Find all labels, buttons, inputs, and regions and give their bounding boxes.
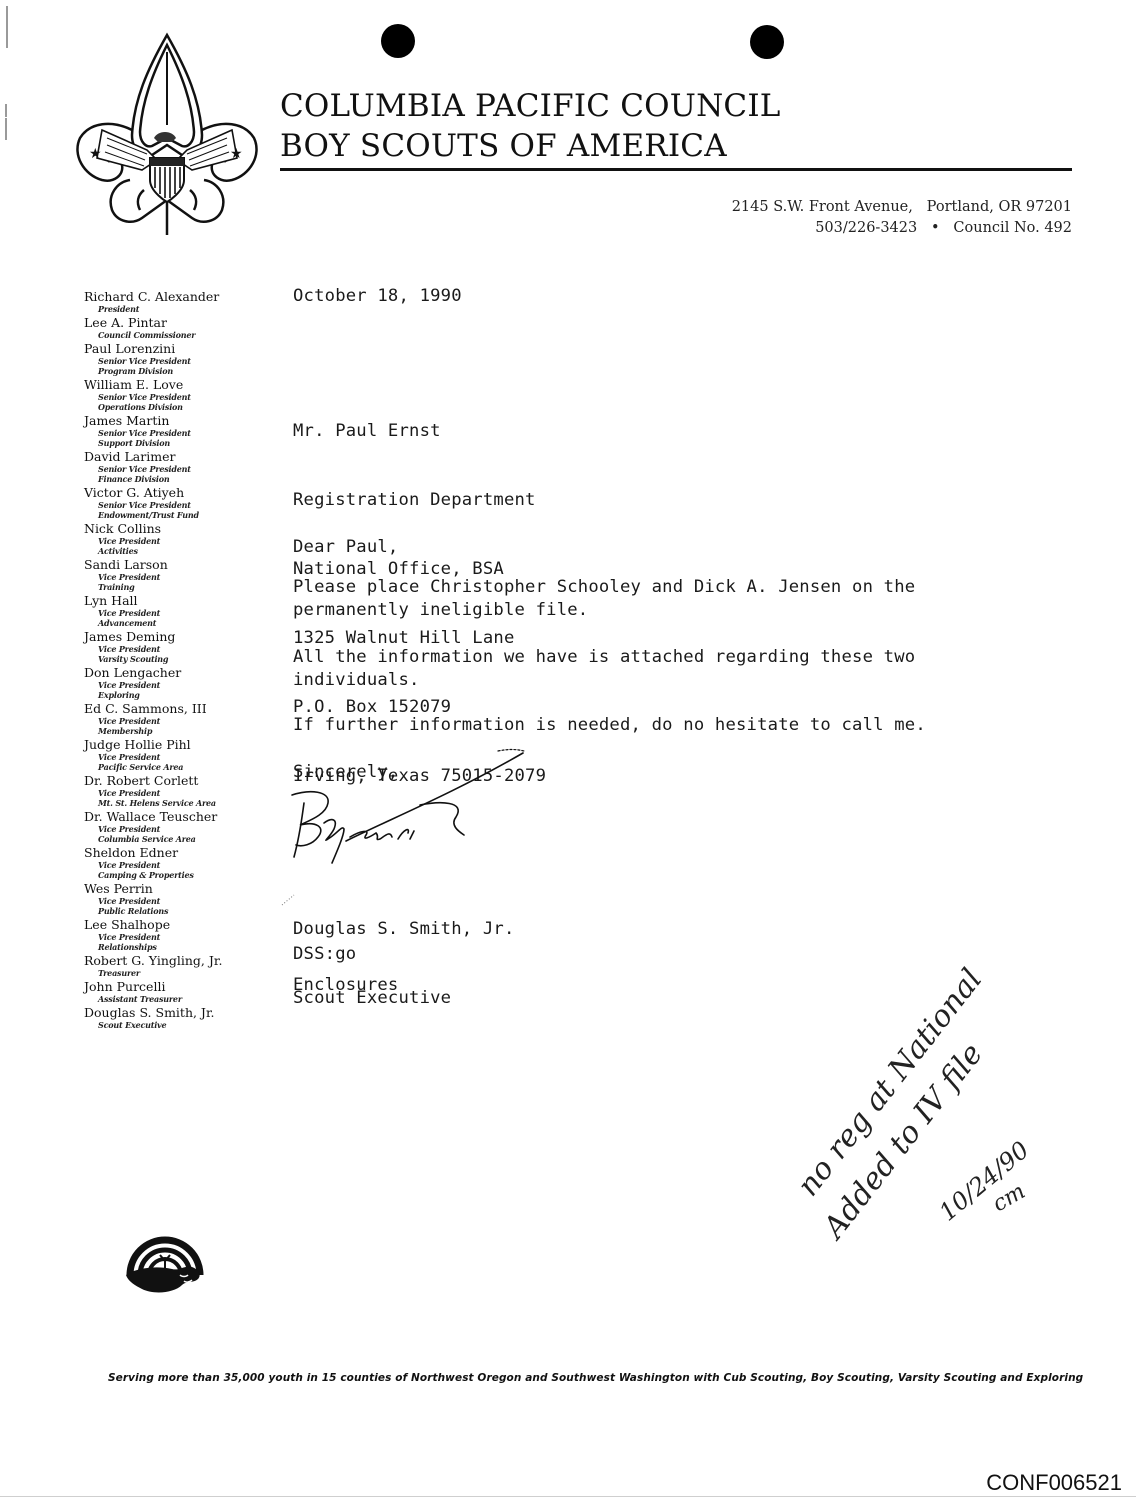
- officer-title: Senior Vice President: [84, 392, 274, 402]
- letter-date: October 18, 1990: [293, 285, 462, 308]
- officer-title: Operations Division: [84, 402, 274, 412]
- officer-name: Dr. Wallace Teuscher: [84, 809, 274, 824]
- officer-entry: John PurcelliAssistant Treasurer: [84, 979, 274, 1004]
- org-phone-council-number: 503/226-3423 • Council No. 492: [815, 220, 1072, 236]
- officer-name: James Deming: [84, 629, 274, 644]
- officer-title: Program Division: [84, 366, 274, 376]
- punch-hole: [750, 25, 784, 59]
- officer-title: Treasurer: [84, 968, 274, 978]
- handwritten-annotation: no reg at National Added to IV file 10/2…: [790, 940, 1090, 1260]
- officer-title: Senior Vice President: [84, 500, 274, 510]
- recipient-department: Registration Department: [293, 489, 546, 512]
- officer-title: Columbia Service Area: [84, 834, 274, 844]
- officer-title: Vice President: [84, 572, 274, 582]
- enclosures-notation: Enclosures: [293, 974, 398, 997]
- org-name-line2: BOY SCOUTS OF AMERICA: [280, 128, 727, 164]
- officer-name: Nick Collins: [84, 521, 274, 536]
- officer-entry: Nick CollinsVice PresidentActivities: [84, 521, 274, 556]
- officer-title: Vice President: [84, 716, 274, 726]
- united-way-logo-icon: [124, 1225, 206, 1297]
- officer-name: Sandi Larson: [84, 557, 274, 572]
- officer-name: Douglas S. Smith, Jr.: [84, 1005, 274, 1020]
- officer-entry: James DemingVice PresidentVarsity Scouti…: [84, 629, 274, 664]
- officer-list: Richard C. AlexanderPresidentLee A. Pint…: [84, 289, 274, 1031]
- officer-name: David Larimer: [84, 449, 274, 464]
- officer-entry: David LarimerSenior Vice PresidentFinanc…: [84, 449, 274, 484]
- officer-entry: Sandi LarsonVice PresidentTraining: [84, 557, 274, 592]
- signer-name: Douglas S. Smith, Jr.: [293, 918, 515, 941]
- page-bottom-edge: [0, 1496, 1136, 1497]
- officer-entry: Sheldon EdnerVice PresidentCamping & Pro…: [84, 845, 274, 880]
- officer-entry: Dr. Robert CorlettVice PresidentMt. St. …: [84, 773, 274, 808]
- officer-entry: Ed C. Sammons, IIIVice PresidentMembersh…: [84, 701, 274, 736]
- officer-entry: Dr. Wallace TeuscherVice PresidentColumb…: [84, 809, 274, 844]
- officer-title: Public Relations: [84, 906, 274, 916]
- scan-edge-mark: [5, 118, 7, 140]
- officer-name: Don Lengacher: [84, 665, 274, 680]
- officer-name: Dr. Robert Corlett: [84, 773, 274, 788]
- footer-tagline: Serving more than 35,000 youth in 15 cou…: [108, 1372, 1083, 1384]
- officer-title: Training: [84, 582, 274, 592]
- officer-title: Support Division: [84, 438, 274, 448]
- officer-entry: Don LengacherVice PresidentExploring: [84, 665, 274, 700]
- officer-title: Senior Vice President: [84, 428, 274, 438]
- officer-title: Membership: [84, 726, 274, 736]
- typist-initials: DSS:go: [293, 943, 356, 966]
- officer-name: Paul Lorenzini: [84, 341, 274, 356]
- officer-title: Vice President: [84, 860, 274, 870]
- officer-title: Relationships: [84, 942, 274, 952]
- punch-hole: [381, 24, 415, 58]
- officer-title: Pacific Service Area: [84, 762, 274, 772]
- officer-entry: Paul LorenziniSenior Vice PresidentProgr…: [84, 341, 274, 376]
- officer-title: Senior Vice President: [84, 464, 274, 474]
- officer-title: President: [84, 304, 274, 314]
- officer-title: Vice President: [84, 680, 274, 690]
- scan-edge-mark: [6, 6, 8, 48]
- officer-entry: Lee ShalhopeVice PresidentRelationships: [84, 917, 274, 952]
- officer-title: Senior Vice President: [84, 356, 274, 366]
- officer-entry: Lee A. PintarCouncil Commissioner: [84, 315, 274, 340]
- officer-title: Endowment/Trust Fund: [84, 510, 274, 520]
- officer-name: William E. Love: [84, 377, 274, 392]
- scan-edge-mark: [5, 104, 7, 117]
- body-paragraph: If further information is needed, do no …: [293, 714, 926, 737]
- officer-title: Vice President: [84, 536, 274, 546]
- annotation-line: 10/24/90: [934, 1136, 1035, 1227]
- officer-name: Robert G. Yingling, Jr.: [84, 953, 274, 968]
- bates-number: CONF006521: [986, 1470, 1122, 1496]
- officer-title: Vice President: [84, 932, 274, 942]
- officer-name: Lee Shalhope: [84, 917, 274, 932]
- salutation: Dear Paul,: [293, 536, 398, 559]
- officer-title: Finance Division: [84, 474, 274, 484]
- officer-name: James Martin: [84, 413, 274, 428]
- officer-title: Vice President: [84, 644, 274, 654]
- officer-entry: Judge Hollie PihlVice PresidentPacific S…: [84, 737, 274, 772]
- officer-title: Vice President: [84, 824, 274, 834]
- officer-entry: Robert G. Yingling, Jr.Treasurer: [84, 953, 274, 978]
- officer-entry: Richard C. AlexanderPresident: [84, 289, 274, 314]
- officer-name: Wes Perrin: [84, 881, 274, 896]
- officer-title: Camping & Properties: [84, 870, 274, 880]
- officer-title: Vice President: [84, 788, 274, 798]
- bsa-fleur-de-lis-eagle-icon: ★ ★: [72, 30, 262, 240]
- officer-entry: William E. LoveSenior Vice PresidentOper…: [84, 377, 274, 412]
- officer-name: Judge Hollie Pihl: [84, 737, 274, 752]
- officer-name: Lee A. Pintar: [84, 315, 274, 330]
- officer-name: Ed C. Sammons, III: [84, 701, 274, 716]
- officer-name: John Purcelli: [84, 979, 274, 994]
- officer-name: Sheldon Edner: [84, 845, 274, 860]
- officer-title: Varsity Scouting: [84, 654, 274, 664]
- officer-name: Victor G. Atiyeh: [84, 485, 274, 500]
- officer-name: Lyn Hall: [84, 593, 274, 608]
- body-paragraph: Please place Christopher Schooley and Di…: [293, 576, 915, 622]
- recipient-name: Mr. Paul Ernst: [293, 420, 546, 443]
- officer-entry: Wes PerrinVice PresidentPublic Relations: [84, 881, 274, 916]
- org-address: 2145 S.W. Front Avenue, Portland, OR 972…: [732, 199, 1072, 215]
- officer-title: Scout Executive: [84, 1020, 274, 1030]
- officer-entry: James MartinSenior Vice PresidentSupport…: [84, 413, 274, 448]
- officer-title: Assistant Treasurer: [84, 994, 274, 1004]
- officer-title: Vice President: [84, 752, 274, 762]
- officer-entry: Victor G. AtiyehSenior Vice PresidentEnd…: [84, 485, 274, 520]
- svg-text:★: ★: [89, 146, 102, 162]
- officer-entry: Douglas S. Smith, Jr.Scout Executive: [84, 1005, 274, 1030]
- org-name-line1: COLUMBIA PACIFIC COUNCIL: [280, 88, 781, 124]
- svg-text:★: ★: [230, 146, 243, 162]
- officer-title: Vice President: [84, 896, 274, 906]
- officer-entry: Lyn HallVice PresidentAdvancement: [84, 593, 274, 628]
- officer-title: Mt. St. Helens Service Area: [84, 798, 274, 808]
- officer-name: Richard C. Alexander: [84, 289, 274, 304]
- officer-title: Activities: [84, 546, 274, 556]
- letterhead-rule: [280, 168, 1072, 171]
- body-paragraph: All the information we have is attached …: [293, 646, 915, 692]
- officer-title: Advancement: [84, 618, 274, 628]
- officer-title: Vice President: [84, 608, 274, 618]
- officer-title: Exploring: [84, 690, 274, 700]
- officer-title: Council Commissioner: [84, 330, 274, 340]
